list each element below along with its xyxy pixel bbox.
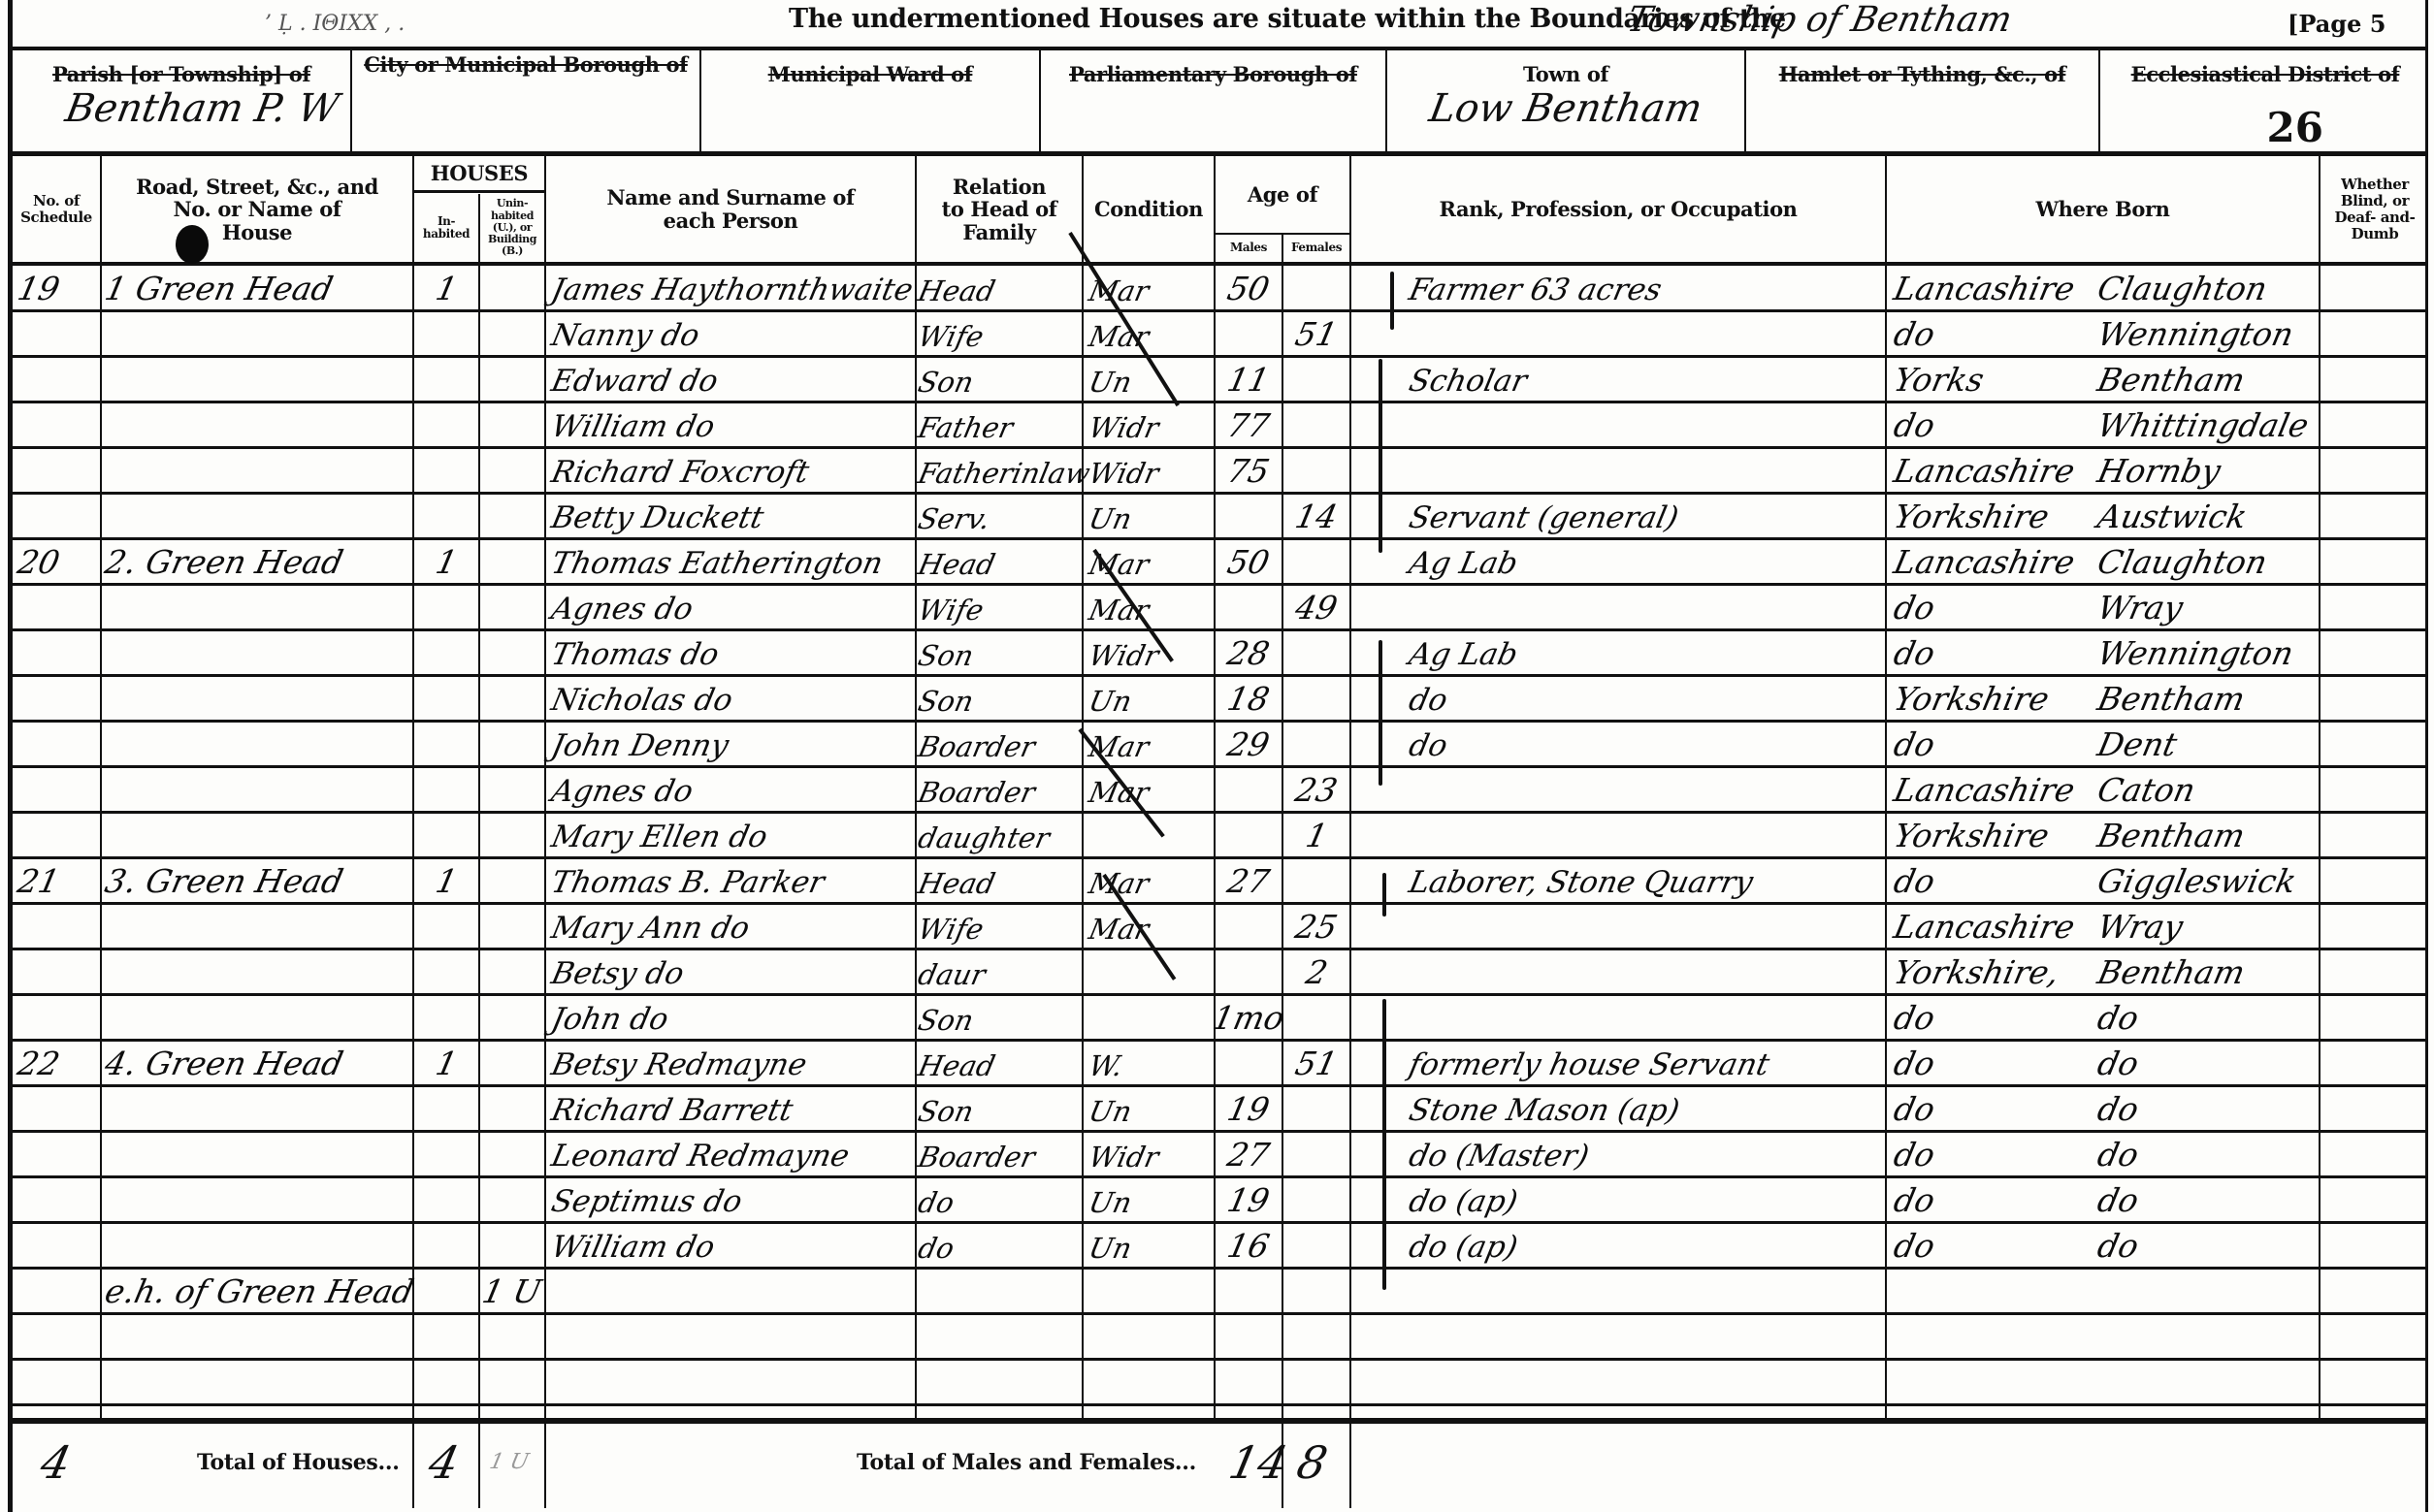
road-cell xyxy=(106,1086,412,1132)
inhabited-cell: 1 xyxy=(414,266,478,311)
occupation-cell: do (ap) xyxy=(1410,1177,1885,1223)
occupation-cell: do (Master) xyxy=(1410,1132,1885,1177)
uninhabited-cell xyxy=(480,357,544,402)
name-cell xyxy=(552,1360,915,1405)
col-header-age: Age of xyxy=(1216,157,1349,233)
condition-cell: Widr xyxy=(1089,630,1214,676)
female-age-cell xyxy=(1283,357,1349,402)
table-row: e.h. of Green Head1 U xyxy=(13,1269,2425,1314)
ecclesiastical-district-label: Ecclesiastical District of xyxy=(2100,62,2430,86)
occupation-cell-text: do (ap) xyxy=(1406,1184,1521,1219)
title-strip: ’ Ḷ . ΙΘΙΧΧ , . The undermentioned House… xyxy=(13,0,2425,47)
male-age-cell xyxy=(1216,767,1282,813)
schedule-cell xyxy=(18,494,100,539)
male-age-cell: 29 xyxy=(1216,722,1282,767)
born-county-cell-text: Yorks xyxy=(1891,361,1988,399)
schedule-cell xyxy=(18,448,100,494)
female-age-cell: 25 xyxy=(1283,904,1349,949)
blind-cell xyxy=(2320,767,2429,813)
female-age-cell: 2 xyxy=(1283,949,1349,995)
female-age-cell-text: 14 xyxy=(1292,498,1341,535)
born-place-cell-text: do xyxy=(2094,1045,2142,1082)
male-age-cell-text: 18 xyxy=(1224,680,1273,718)
relation-cell xyxy=(919,1314,1082,1360)
relation-cell: Head xyxy=(919,858,1082,904)
schedule-cell xyxy=(18,767,100,813)
uninhabited-cell-text: 1 U xyxy=(479,1272,545,1310)
female-age-cell: 51 xyxy=(1283,311,1349,357)
col-header-name: Name and Surname of each Person xyxy=(546,157,915,262)
name-cell-text: James Haythornthwaite xyxy=(548,273,916,307)
relation-cell-text: Fatherinlaw xyxy=(915,457,1092,490)
condition-cell: Mar xyxy=(1089,266,1214,311)
uninhabited-cell xyxy=(480,311,544,357)
name-cell: Nanny do xyxy=(552,311,915,357)
schedule-cell xyxy=(18,1269,100,1314)
road-cell xyxy=(106,630,412,676)
born-county-cell xyxy=(1895,1314,2118,1360)
occupation-cell-text: Farmer 63 acres xyxy=(1406,273,1665,307)
name-cell: Agnes do xyxy=(552,767,915,813)
occupation-cell: Servant (general) xyxy=(1410,494,1885,539)
condition-cell xyxy=(1089,949,1214,995)
relation-cell-text: Head xyxy=(915,867,998,900)
inhabited-cell xyxy=(414,630,478,676)
name-cell-text: Nanny do xyxy=(548,318,702,353)
name-cell: Nicholas do xyxy=(552,676,915,722)
table-row: Nanny doWifeMar51doWennington xyxy=(13,311,2425,357)
city-borough-box: City or Municipal Borough of xyxy=(352,48,699,151)
born-county-cell: do xyxy=(1895,722,2118,767)
schedule-cell: 19 xyxy=(18,266,100,311)
relation-cell: Wife xyxy=(919,311,1082,357)
name-cell-text: Leonard Redmayne xyxy=(548,1139,852,1174)
road-cell-text: 1 Green Head xyxy=(102,270,337,307)
township-name: Township of Bentham xyxy=(1624,0,2016,40)
uninhabited-cell xyxy=(480,1360,544,1405)
road-cell: 3. Green Head xyxy=(106,858,412,904)
blind-cell xyxy=(2320,1177,2429,1223)
uninhabited-cell xyxy=(480,767,544,813)
born-county-cell: Lancashire xyxy=(1895,266,2118,311)
occupation-cell xyxy=(1410,585,1885,630)
relation-cell-text: Serv. xyxy=(915,502,992,535)
name-cell-text: Betsy Redmayne xyxy=(548,1047,810,1082)
born-county-cell-text: do xyxy=(1891,1136,1938,1174)
inhabited-cell xyxy=(414,676,478,722)
inhabited-cell xyxy=(414,949,478,995)
name-cell: Richard Foxcroft xyxy=(552,448,915,494)
bracket-mark xyxy=(1379,359,1382,553)
born-place-cell: Bentham xyxy=(2098,813,2319,858)
inhabited-cell-text: 1 xyxy=(432,862,460,900)
born-county-cell-text: Lancashire xyxy=(1891,270,2078,307)
born-county-cell-text: do xyxy=(1891,862,1938,900)
born-place-cell-text: Claughton xyxy=(2094,543,2271,581)
blind-cell xyxy=(2320,1314,2429,1360)
condition-cell-text: Widr xyxy=(1086,639,1161,672)
born-county-cell-text: Lancashire xyxy=(1891,543,2078,581)
uninhabited-cell xyxy=(480,949,544,995)
born-place-cell-text: Dent xyxy=(2094,725,2181,763)
name-cell-text: Agnes do xyxy=(548,774,696,809)
relation-cell: Wife xyxy=(919,585,1082,630)
born-place-cell: Wray xyxy=(2098,904,2319,949)
table-row: Mary Ann doWifeMar25LancashireWray xyxy=(13,904,2425,949)
born-place-cell: do xyxy=(2098,1041,2319,1086)
relation-cell-text: Father xyxy=(915,411,1016,444)
name-cell: Agnes do xyxy=(552,585,915,630)
uninhabited-cell xyxy=(480,585,544,630)
uninhabited-cell xyxy=(480,1132,544,1177)
road-cell xyxy=(106,585,412,630)
born-place-cell-text: do xyxy=(2094,1090,2142,1128)
page-number: [Page 5 xyxy=(2288,10,2385,38)
uninhabited-cell xyxy=(480,1086,544,1132)
relation-cell-text: Boarder xyxy=(915,730,1038,763)
blind-cell xyxy=(2320,949,2429,995)
born-place-cell-text: Bentham xyxy=(2094,361,2249,399)
col-header-houses: HOUSES xyxy=(414,155,544,192)
city-borough-label: City or Municipal Borough of xyxy=(352,52,699,77)
male-age-cell: 28 xyxy=(1216,630,1282,676)
inhabited-cell xyxy=(414,813,478,858)
female-age-cell: 49 xyxy=(1283,585,1349,630)
born-place-cell: do xyxy=(2098,1086,2319,1132)
blind-cell xyxy=(2320,1086,2429,1132)
condition-cell: Mar xyxy=(1089,311,1214,357)
name-cell: Thomas Eatherington xyxy=(552,539,915,585)
table-row: William doFatherWidr77doWhittingdale xyxy=(13,402,2425,448)
inhabited-cell xyxy=(414,1223,478,1269)
col-header-schedule: No. of Schedule xyxy=(13,157,100,262)
col-header-occupation: Rank, Profession, or Occupation xyxy=(1351,157,1885,262)
table-row: 191 Green Head1James HaythornthwaiteHead… xyxy=(13,266,2425,311)
blind-cell xyxy=(2320,539,2429,585)
schedule-cell xyxy=(18,949,100,995)
name-cell: Richard Barrett xyxy=(552,1086,915,1132)
name-cell: Mary Ann do xyxy=(552,904,915,949)
inhabited-cell: 1 xyxy=(414,1041,478,1086)
name-cell xyxy=(552,1314,915,1360)
occupation-cell xyxy=(1410,813,1885,858)
name-cell: William do xyxy=(552,402,915,448)
born-county-cell: do xyxy=(1895,311,2118,357)
relation-cell-text: daur xyxy=(915,958,989,991)
inhabited-cell xyxy=(414,1269,478,1314)
born-place-cell-text: Hornby xyxy=(2094,452,2224,490)
blind-cell xyxy=(2320,357,2429,402)
relation-cell: daughter xyxy=(919,813,1082,858)
born-place-cell-text: Austwick xyxy=(2094,498,2251,535)
houses-total-label: Total of Houses... xyxy=(197,1450,400,1475)
table-row: 224. Green Head1Betsy RedmayneHeadW.51fo… xyxy=(13,1041,2425,1086)
occupation-cell-text: Ag Lab xyxy=(1406,637,1521,672)
condition-cell-text: Un xyxy=(1086,366,1134,399)
relation-cell-text: Son xyxy=(915,1004,976,1037)
inhabited-cell xyxy=(414,402,478,448)
table-row: Mary Ellen dodaughter1YorkshireBentham xyxy=(13,813,2425,858)
name-cell-text: Thomas Eatherington xyxy=(548,546,886,581)
born-county-cell: do xyxy=(1895,858,2118,904)
col-header-blind: Whether Blind, or Deaf- and-Dumb xyxy=(2320,157,2429,262)
ecclesiastical-district-box: Ecclesiastical District of 26 xyxy=(2100,48,2430,151)
col-header-road: Road, Street, &c., and No. or Name of Ho… xyxy=(102,157,412,262)
born-place-cell: Wennington xyxy=(2098,311,2319,357)
road-cell xyxy=(106,1132,412,1177)
name-cell-text: Mary Ellen do xyxy=(548,820,770,854)
condition-cell-text: W. xyxy=(1086,1049,1125,1082)
bracket-mark xyxy=(1382,999,1386,1290)
parish-label: Parish [or Township] of xyxy=(13,62,350,86)
occupation-cell xyxy=(1410,1360,1885,1405)
relation-cell: Son xyxy=(919,995,1082,1041)
relation-cell: Boarder xyxy=(919,767,1082,813)
occupation-cell-text: do (ap) xyxy=(1406,1230,1521,1265)
male-age-cell-text: 27 xyxy=(1224,1136,1273,1174)
born-place-cell-text: Caton xyxy=(2094,771,2199,809)
male-age-cell-text: 27 xyxy=(1224,862,1273,900)
relation-cell-text: Son xyxy=(915,366,976,399)
blind-cell xyxy=(2320,813,2429,858)
occupation-cell-text: Ag Lab xyxy=(1406,546,1521,581)
road-cell-text: 3. Green Head xyxy=(102,862,346,900)
male-age-cell: 27 xyxy=(1216,1132,1282,1177)
born-place-cell: do xyxy=(2098,1177,2319,1223)
occupation-cell xyxy=(1410,402,1885,448)
relation-cell-text: Head xyxy=(915,548,998,581)
born-place-cell: Bentham xyxy=(2098,949,2319,995)
col-header-relation: Relation to Head of Family xyxy=(917,157,1082,262)
relation-cell: Head xyxy=(919,539,1082,585)
road-cell xyxy=(106,767,412,813)
condition-cell: Widr xyxy=(1089,448,1214,494)
inhabited-cell xyxy=(414,722,478,767)
road-cell: 4. Green Head xyxy=(106,1041,412,1086)
male-age-cell xyxy=(1216,1041,1282,1086)
uninhabited-cell xyxy=(480,494,544,539)
occupation-cell: Ag Lab xyxy=(1410,539,1885,585)
road-cell: e.h. of Green Head xyxy=(106,1269,412,1314)
schedule-cell xyxy=(18,1177,100,1223)
occupation-cell xyxy=(1410,311,1885,357)
male-age-cell: 27 xyxy=(1216,858,1282,904)
road-cell-text: 4. Green Head xyxy=(102,1045,346,1082)
male-age-cell: 19 xyxy=(1216,1086,1282,1132)
male-age-cell xyxy=(1216,1314,1282,1360)
born-place-cell: Claughton xyxy=(2098,266,2319,311)
road-cell: 1 Green Head xyxy=(106,266,412,311)
condition-cell-text: Widr xyxy=(1086,411,1161,444)
relation-cell-text: Wife xyxy=(915,320,987,353)
female-age-cell xyxy=(1283,1269,1349,1314)
inhabited-cell: 1 xyxy=(414,539,478,585)
schedule-cell xyxy=(18,813,100,858)
male-age-cell-text: 50 xyxy=(1224,270,1273,307)
col-header-name-text: Name and Surname of each Person xyxy=(585,186,876,232)
male-age-cell xyxy=(1216,494,1282,539)
female-age-cell xyxy=(1283,448,1349,494)
name-cell-text: Agnes do xyxy=(548,592,696,627)
female-age-cell-text: 1 xyxy=(1302,817,1330,854)
relation-cell: Father xyxy=(919,402,1082,448)
male-age-cell-text: 11 xyxy=(1224,361,1273,399)
born-county-cell: Lancashire xyxy=(1895,904,2118,949)
born-county-cell: Yorkshire xyxy=(1895,676,2118,722)
blind-cell xyxy=(2320,1041,2429,1086)
male-age-cell-text: 1mo xyxy=(1210,999,1287,1037)
name-cell: Betsy Redmayne xyxy=(552,1041,915,1086)
born-place-cell: Caton xyxy=(2098,767,2319,813)
road-cell xyxy=(106,311,412,357)
uninhabited-cell xyxy=(480,858,544,904)
schedule-cell xyxy=(18,1132,100,1177)
uninhabited-cell xyxy=(480,448,544,494)
road-cell xyxy=(106,722,412,767)
occupation-cell-text: do xyxy=(1406,728,1450,763)
district-number: 26 xyxy=(2267,104,2323,151)
born-county-cell: Yorks xyxy=(1895,357,2118,402)
condition-cell-text: Mar xyxy=(1086,274,1152,307)
schedule-cell-text: 22 xyxy=(15,1045,63,1082)
female-age-cell xyxy=(1283,995,1349,1041)
born-place-cell: do xyxy=(2098,1223,2319,1269)
born-place-cell xyxy=(2098,1269,2319,1314)
inhabited-cell xyxy=(414,448,478,494)
name-cell xyxy=(552,1269,915,1314)
male-age-cell-text: 50 xyxy=(1224,543,1273,581)
condition-cell: Un xyxy=(1089,494,1214,539)
male-age-cell xyxy=(1216,311,1282,357)
schedule-cell xyxy=(18,1314,100,1360)
relation-cell: do xyxy=(919,1223,1082,1269)
born-county-cell-text: do xyxy=(1891,589,1938,627)
name-cell: Edward do xyxy=(552,357,915,402)
relation-cell: daur xyxy=(919,949,1082,995)
condition-cell: Un xyxy=(1089,1086,1214,1132)
name-cell-text: William do xyxy=(548,1230,718,1265)
male-age-cell: 19 xyxy=(1216,1177,1282,1223)
name-cell-text: Nicholas do xyxy=(548,683,735,718)
road-cell xyxy=(106,676,412,722)
blind-cell xyxy=(2320,1132,2429,1177)
col-header-born: Where Born xyxy=(1887,157,2319,262)
born-place-cell-text: do xyxy=(2094,1136,2142,1174)
condition-cell: Un xyxy=(1089,1177,1214,1223)
schedule-cell-text: 19 xyxy=(15,270,63,307)
schedule-cell xyxy=(18,995,100,1041)
schedule-cell xyxy=(18,630,100,676)
born-place-cell-text: Claughton xyxy=(2094,270,2271,307)
born-county-cell-text: do xyxy=(1891,1090,1938,1128)
schedule-cell xyxy=(18,357,100,402)
female-age-cell xyxy=(1283,1314,1349,1360)
born-place-cell: Giggleswick xyxy=(2098,858,2319,904)
born-place-cell-text: Wennington xyxy=(2094,634,2297,672)
born-county-cell-text: do xyxy=(1891,999,1938,1037)
female-age-cell-text: 23 xyxy=(1292,771,1341,809)
relation-cell-text: do xyxy=(915,1232,957,1265)
uninhabited-cell xyxy=(480,539,544,585)
blind-cell xyxy=(2320,676,2429,722)
road-cell xyxy=(106,1314,412,1360)
born-place-cell: Claughton xyxy=(2098,539,2319,585)
road-cell-text: e.h. of Green Head xyxy=(102,1272,417,1310)
name-cell: William do xyxy=(552,1223,915,1269)
born-county-cell-text: Yorkshire, xyxy=(1891,953,2062,991)
inhabited-cell xyxy=(414,1314,478,1360)
town-box: Town of Low Bentham xyxy=(1387,48,1744,151)
name-cell: Mary Ellen do xyxy=(552,813,915,858)
inhabited-cell xyxy=(414,1132,478,1177)
male-age-cell: 75 xyxy=(1216,448,1282,494)
inhabited-cell-text: 1 xyxy=(432,270,460,307)
born-place-cell-text: Wennington xyxy=(2094,315,2297,353)
born-place-cell-text: do xyxy=(2094,1181,2142,1219)
male-age-cell xyxy=(1216,904,1282,949)
condition-cell-text: Un xyxy=(1086,1095,1134,1128)
inhabited-total: 4 xyxy=(424,1436,464,1489)
condition-cell-text: Widr xyxy=(1086,1141,1161,1174)
born-county-cell-text: Lancashire xyxy=(1891,771,2078,809)
name-cell-text: Mary Ann do xyxy=(548,911,753,946)
relation-cell-text: Son xyxy=(915,685,976,718)
col-header-males: Males xyxy=(1216,235,1282,262)
male-age-cell-text: 75 xyxy=(1224,452,1273,490)
blind-cell xyxy=(2320,722,2429,767)
town-label: Town of xyxy=(1387,62,1744,86)
relation-cell: do xyxy=(919,1177,1082,1223)
schedule-cell-text: 20 xyxy=(15,543,63,581)
male-age-cell: 50 xyxy=(1216,266,1282,311)
col-header-blind-text: Whether Blind, or Deaf- and-Dumb xyxy=(2324,177,2426,241)
condition-cell-text: Un xyxy=(1086,1186,1134,1219)
relation-cell-text: Head xyxy=(915,274,998,307)
name-cell: Leonard Redmayne xyxy=(552,1132,915,1177)
condition-cell xyxy=(1089,995,1214,1041)
blind-cell xyxy=(2320,402,2429,448)
relation-cell-text: Son xyxy=(915,639,976,672)
relation-cell xyxy=(919,1269,1082,1314)
condition-cell: Widr xyxy=(1089,1132,1214,1177)
parliamentary-borough-label: Parliamentary Borough of xyxy=(1041,62,1385,86)
female-age-cell xyxy=(1283,676,1349,722)
female-age-cell xyxy=(1283,1223,1349,1269)
uninhabited-cell xyxy=(480,630,544,676)
born-county-cell: do xyxy=(1895,1223,2118,1269)
male-age-cell xyxy=(1216,949,1282,995)
name-cell-text: Septimus do xyxy=(548,1184,745,1219)
occupation-cell: do xyxy=(1410,722,1885,767)
occupation-cell xyxy=(1410,904,1885,949)
table-row: Richard BarrettSonUn19Stone Mason (ap)do… xyxy=(13,1086,2425,1132)
inhabited-cell xyxy=(414,357,478,402)
name-cell: Thomas do xyxy=(552,630,915,676)
name-cell: Thomas B. Parker xyxy=(552,858,915,904)
relation-cell: Head xyxy=(919,266,1082,311)
born-county-cell-text: do xyxy=(1891,634,1938,672)
table-row: Edward doSonUn11ScholarYorksBentham xyxy=(13,357,2425,402)
name-cell-text: Edward do xyxy=(548,364,721,399)
road-cell-text: 2. Green Head xyxy=(102,543,346,581)
female-age-cell xyxy=(1283,539,1349,585)
occupation-cell-text: formerly house Servant xyxy=(1406,1047,1772,1082)
female-age-cell xyxy=(1283,1177,1349,1223)
blind-cell xyxy=(2320,995,2429,1041)
relation-cell-text: Boarder xyxy=(915,776,1038,809)
table-row: William dodoUn16do (ap)dodo xyxy=(13,1223,2425,1269)
born-county-cell: Yorkshire xyxy=(1895,813,2118,858)
